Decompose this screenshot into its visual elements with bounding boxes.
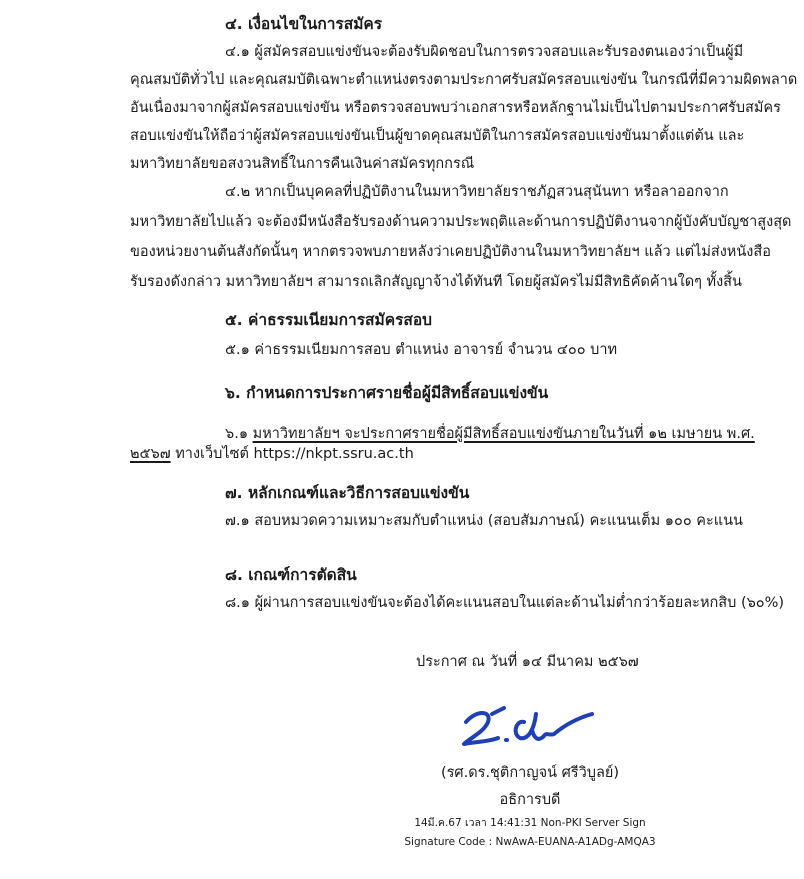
section-8-1-item: ๘.๑ ผู้ผ่านการสอบแข่งขันจะต้องได้คะแนนสอ…	[225, 593, 784, 613]
section-4-1-line: คุณสมบัติทั่วไป และคุณสมบัติเฉพาะตำแหน่ง…	[130, 70, 797, 90]
section-4-heading: ๔. เงื่อนไขในการสมัคร	[225, 14, 382, 34]
announcement-date: ประกาศ ณ วันที่ ๑๔ มีนาคม ๒๕๖๗	[416, 652, 639, 672]
section-4-1-line: ๔.๑ ผู้สมัครสอบแข่งขันจะต้องรับผิดชอบในก…	[225, 42, 743, 62]
section-6-1-announcement: มหาวิทยาลัยฯ จะประกาศรายชื่อผู้มีสิทธิ์ส…	[253, 426, 755, 442]
section-4-2-line: รับรองดังกล่าว มหาวิทยาลัยฯ สามารถเลิกสั…	[130, 272, 742, 292]
document-page: ๔. เงื่อนไขในการสมัคร ๔.๑ ผู้สมัครสอบแข่…	[0, 0, 804, 879]
section-7-heading: ๗. หลักเกณฑ์และวิธีการสอบแข่งขัน	[225, 483, 469, 503]
section-6-1-year: ๒๕๖๗	[130, 446, 171, 462]
section-4-1-line: อันเนื่องมาจากผู้สมัครสอบแข่งขัน หรือตรว…	[130, 98, 781, 118]
section-6-1-item: ๖.๑ มหาวิทยาลัยฯ จะประกาศรายชื่อผู้มีสิท…	[225, 424, 755, 444]
signer-title: อธิการบดี	[400, 790, 660, 810]
signer-name: (รศ.ดร.ชุติกาญจน์ ศรีวิบูลย์)	[400, 763, 660, 783]
section-4-1-line: สอบแข่งขันให้ถือว่าผู้สมัครสอบแข่งขันเป็…	[130, 126, 744, 146]
signature-code: Signature Code : NwAwA-EUANA-A1ADg-AMQA3	[400, 832, 660, 852]
section-4-2-line: มหาวิทยาลัยไปแล้ว จะต้องมีหนังสือรับรองด…	[130, 212, 791, 232]
section-5-1-item: ๕.๑ ค่าธรรมเนียมการสอบ ตำแหน่ง อาจารย์ จ…	[225, 340, 617, 360]
signature-icon	[458, 700, 598, 755]
section-4-1-line: มหาวิทยาลัยขอสงวนสิทธิ์ในการคืนเงินค่าสม…	[130, 154, 474, 174]
section-6-1-prefix: ๖.๑	[225, 426, 253, 442]
section-4-2-line: ๔.๒ หากเป็นบุคคลที่ปฏิบัติงานในมหาวิทยาล…	[225, 182, 729, 202]
section-6-1-website: ทางเว็บไซต์ https://nkpt.ssru.ac.th	[171, 446, 414, 462]
section-7-1-item: ๗.๑ สอบหมวดความเหมาะสมกับตำแหน่ง (สอบสัม…	[225, 511, 743, 531]
sign-timestamp: 14มี.ค.67 เวลา 14:41:31 Non-PKI Server S…	[400, 813, 660, 833]
section-6-1-line2: ๒๕๖๗ ทางเว็บไซต์ https://nkpt.ssru.ac.th	[130, 444, 414, 464]
section-5-heading: ๕. ค่าธรรมเนียมการสมัครสอบ	[225, 310, 432, 330]
section-6-heading: ๖. กำหนดการประกาศรายชื่อผู้มีสิทธิ์สอบแข…	[225, 383, 548, 403]
section-4-2-line: ของหน่วยงานต้นสังกัดนั้นๆ หากตรวจพบภายหล…	[130, 242, 771, 262]
section-8-heading: ๘. เกณฑ์การตัดสิน	[225, 565, 357, 585]
